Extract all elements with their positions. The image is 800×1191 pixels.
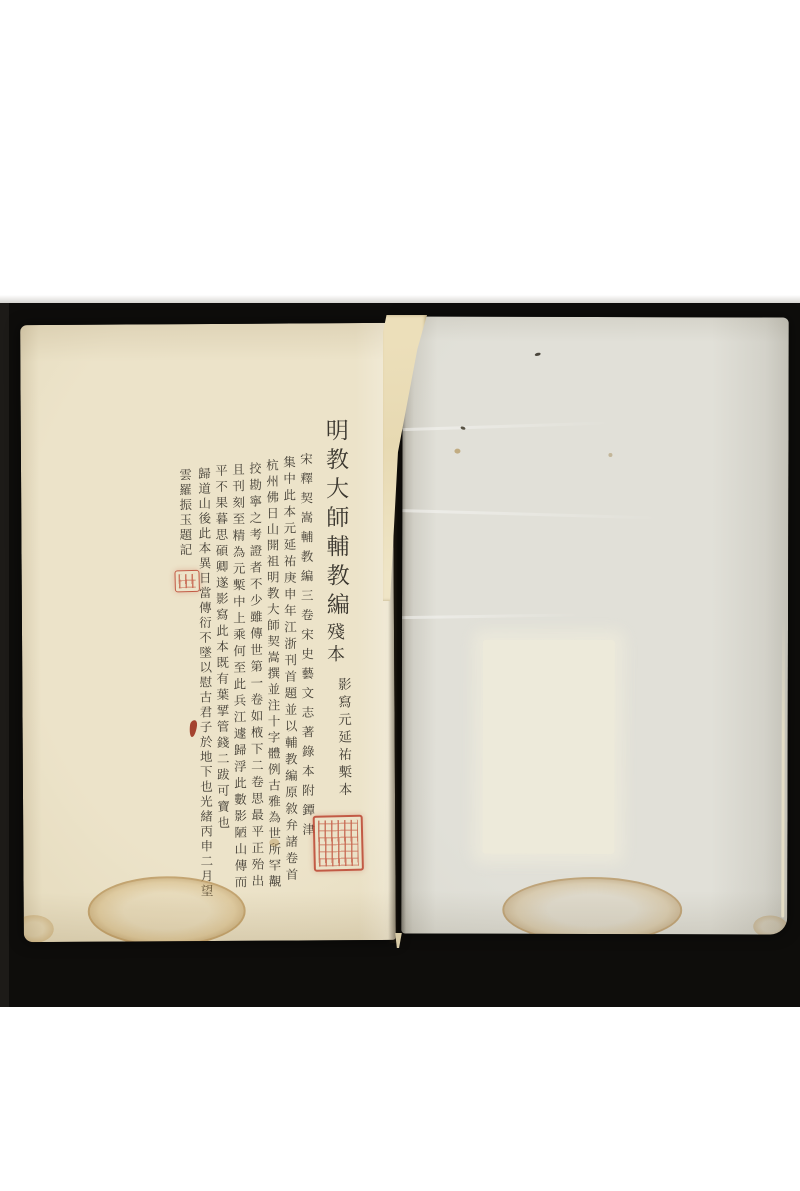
colophon-column: 且刊刻至精為元槧中上乘何至此兵江遽歸浮此數影陋山傳而: [231, 463, 246, 892]
paper-crease: [402, 509, 662, 519]
scanned-book-photograph: 明教大師輔教編 殘本 影寫元延祐槧本 宋釋契嵩輔教編三卷宋史藝文志著錄本附鐔津 …: [0, 0, 800, 1191]
book-photo-backdrop: 明教大師輔教編 殘本 影寫元延祐槧本 宋釋契嵩輔教編三卷宋史藝文志著錄本附鐔津 …: [0, 303, 800, 1007]
signature-seal: [174, 570, 200, 593]
paper-crease: [402, 613, 582, 619]
seal-script-pattern: [179, 574, 196, 588]
signature-column: 雲羅振玉題記: [178, 468, 191, 558]
water-stain: [87, 876, 245, 942]
foxing-spot: [454, 449, 460, 454]
foxing-spot: [269, 839, 279, 847]
water-stain: [753, 915, 787, 934]
ink-speck: [460, 426, 466, 431]
colophon-column: 平不果暮思碩卿遂影寫此本既有葉揅管錢二跋可寶也: [214, 464, 229, 832]
bottom-white-margin: [0, 1007, 800, 1191]
scan-edge-shadow: [0, 295, 800, 303]
collector-seal: [313, 815, 364, 872]
left-page: 明教大師輔教編 殘本 影寫元延祐槧本 宋釋契嵩輔教編三卷宋史藝文志著錄本附鐔津 …: [20, 323, 396, 942]
remnant-label: 殘本: [325, 622, 343, 666]
colophon-column: 歸道山後此本異日當傳衍不墜以慰古君子於地下也光緒丙申二月望: [197, 467, 212, 899]
paper-crease: [403, 421, 613, 431]
red-ink-mark: [188, 720, 197, 738]
top-white-margin: [0, 0, 800, 303]
water-stain: [20, 915, 54, 942]
colophon-column: 挍勘寧之考證者不少雖傳世第一卷如棭下二卷思最平正殆出: [248, 462, 263, 891]
page-edge-highlight: [781, 617, 785, 917]
ink-speck: [534, 352, 541, 356]
water-stain: [502, 877, 682, 935]
edition-note-column: 影寫元延祐槧本: [335, 677, 349, 800]
right-page: [401, 316, 789, 934]
colophon-column: 杭州佛日山開祖明教大師契嵩撰並注十字體例古雅為世所罕覯: [265, 459, 280, 891]
colophon-column: 集中此本元延祐庚申年江浙刊首題並以輔教編原敘弁諸卷首: [282, 455, 297, 884]
backdrop-edge-strip: [0, 303, 9, 1007]
show-through-rectangle: [482, 640, 615, 854]
foxing-spot: [608, 453, 612, 457]
book-title-column: 明教大師輔教編: [323, 418, 347, 621]
colophon-column: 宋釋契嵩輔教編三卷宋史藝文志著錄本附鐔津: [299, 452, 314, 842]
seal-script-pattern: [318, 820, 359, 867]
